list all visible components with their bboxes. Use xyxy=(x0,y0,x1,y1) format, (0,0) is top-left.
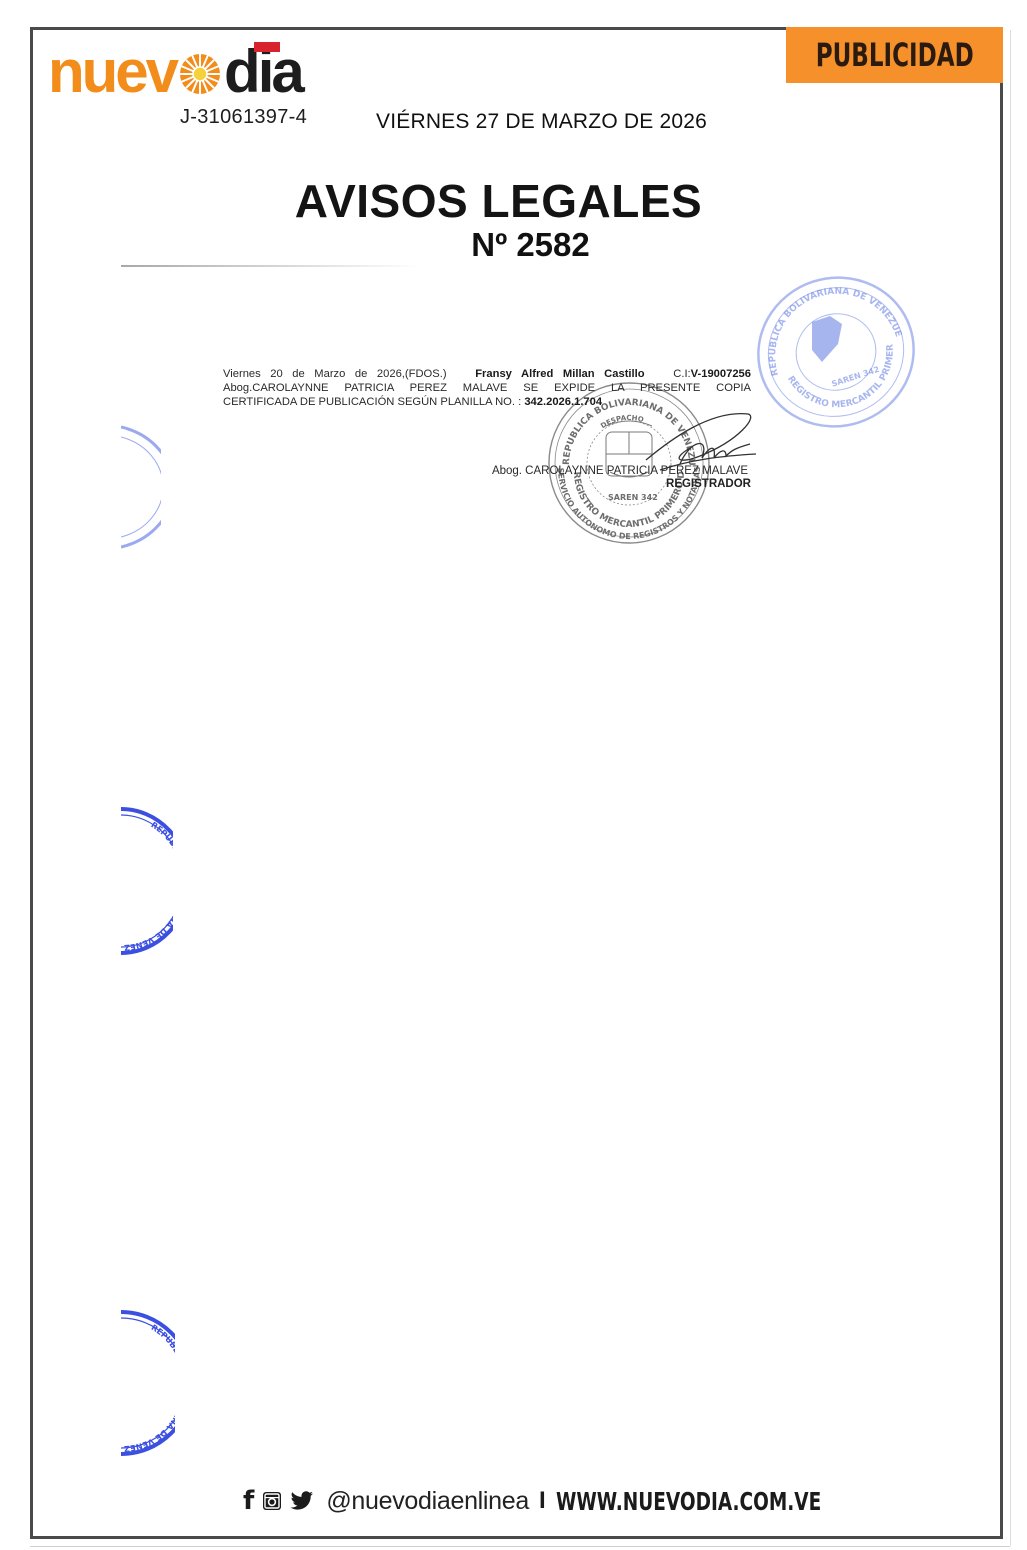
legal-notice-body: Viernes 20 de Marzo de 2026,(FDOS.) Fran… xyxy=(223,367,751,409)
svg-text:SAREN 342: SAREN 342 xyxy=(608,493,658,502)
instagram-icon[interactable] xyxy=(262,1491,282,1511)
logo-word-left: nuev xyxy=(48,44,176,100)
logo-accent-bar xyxy=(254,42,280,52)
social-handle[interactable]: @nuevodiaenlinea xyxy=(326,1487,529,1516)
registry-seal-faded: REPUBLICA BOLIVARIANA DE VENEZUELA REGIS… xyxy=(752,272,920,432)
page-title: AVISOS LEGALES xyxy=(0,174,1027,228)
section-badge: PUBLICIDAD xyxy=(786,27,1003,83)
applicant-id: V-19007256 xyxy=(691,368,751,380)
footer-social: f @nuevodiaenlinea I WWW.NUEVODIA.COM.VE xyxy=(243,1483,914,1519)
signatory-role: REGISTRADOR xyxy=(600,478,751,490)
notice-line-3: CERTIFICADA DE PUBLICACIÓN SEGÚN PLANILL… xyxy=(223,395,751,409)
edge-seal-middle: REPUBLICA BOLIVARIANA DE VENEZUELA xyxy=(121,805,173,957)
tax-id: J-31061397-4 xyxy=(180,106,307,129)
newspaper-logo: nuev dia xyxy=(48,44,302,100)
page-edge-bottom xyxy=(30,1546,1010,1547)
facebook-icon[interactable]: f xyxy=(243,1486,254,1516)
signatory-name: Abog. CAROLAYNNE PATRICIA PEREZ MALAVE xyxy=(480,465,748,477)
logo-word-right: dia xyxy=(224,44,302,100)
sun-icon xyxy=(178,52,222,96)
publication-date: VIÉRNES 27 DE MARZO DE 2026 xyxy=(376,110,707,134)
header-divider xyxy=(121,265,421,267)
planilla-number: 342.2026.1.704 xyxy=(524,396,602,408)
twitter-icon[interactable] xyxy=(290,1491,314,1511)
footer-separator: I xyxy=(539,1487,546,1515)
website-link[interactable]: WWW.NUEVODIA.COM.VE xyxy=(556,1487,821,1516)
applicant-name: Fransy Alfred Millan Castillo xyxy=(475,368,644,380)
edge-seal-bottom: REPUBLICA BOLIVARIANA DE VENEZUELA xyxy=(121,1308,175,1458)
edition-number: Nº 2582 xyxy=(0,226,1027,264)
section-badge-label: PUBLICIDAD xyxy=(816,36,974,74)
edge-seal-top xyxy=(121,425,161,550)
notice-line-2: Abog.CAROLAYNNE PATRICIA PEREZ MALAVE SE… xyxy=(223,381,751,395)
notice-line-1: Viernes 20 de Marzo de 2026,(FDOS.) Fran… xyxy=(223,367,751,381)
